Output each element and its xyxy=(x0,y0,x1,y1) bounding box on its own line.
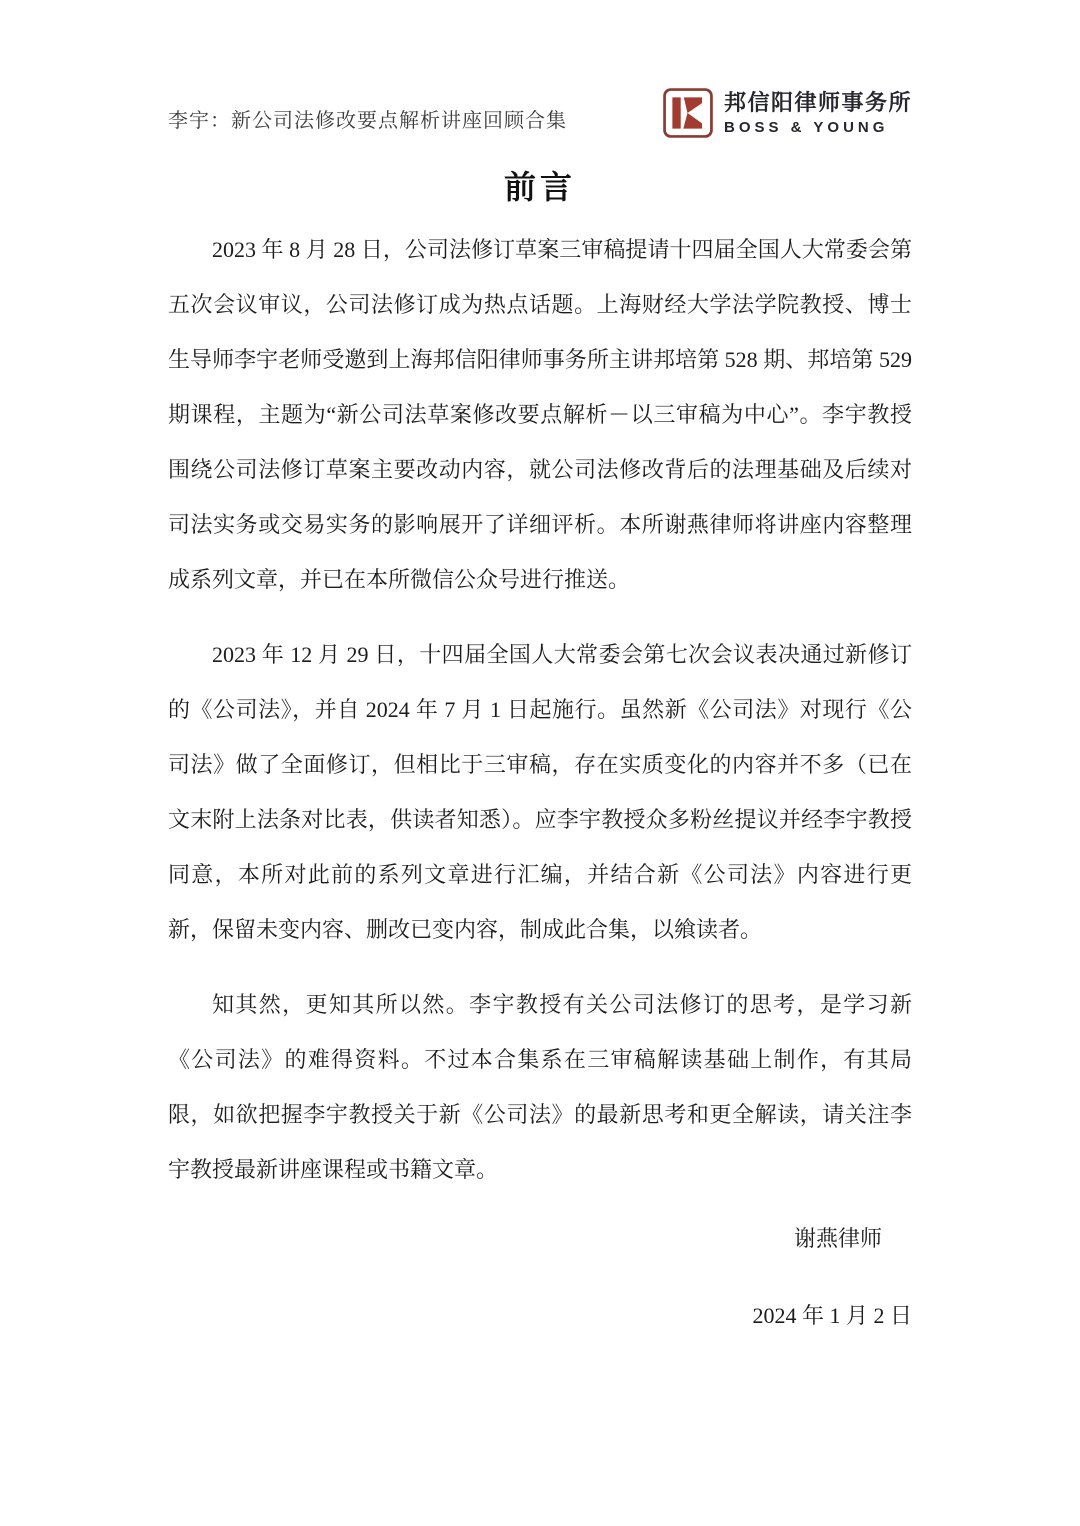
date: 2024 年 1 月 2 日 xyxy=(168,1288,912,1343)
signature: 谢燕律师 xyxy=(168,1211,912,1266)
document-header: 李宇：新公司法修改要点解析讲座回顾合集 邦信阳律师事务所 BOSS & YOUN… xyxy=(168,88,912,138)
page: 李宇：新公司法修改要点解析讲座回顾合集 邦信阳律师事务所 BOSS & YOUN… xyxy=(0,0,1080,1526)
bossyoung-logo-icon xyxy=(663,88,713,138)
doc-title: 李宇：新公司法修改要点解析讲座回顾合集 xyxy=(168,104,567,133)
firm-name-cn: 邦信阳律师事务所 xyxy=(724,88,912,118)
firm-logo: 邦信阳律师事务所 BOSS & YOUNG xyxy=(663,88,912,138)
preface-paragraph-3: 知其然，更知其所以然。李宇教授有关公司法修订的思考，是学习新《公司法》的难得资料… xyxy=(168,977,912,1197)
preface-paragraph-2: 2023 年 12 月 29 日，十四届全国人大常委会第七次会议表决通过新修订的… xyxy=(168,627,912,957)
page-title: 前言 xyxy=(168,162,912,208)
firm-name-en: BOSS & YOUNG xyxy=(724,118,912,138)
preface-paragraph-1: 2023 年 8 月 28 日，公司法修订草案三审稿提请十四届全国人大常委会第五… xyxy=(168,222,912,607)
firm-logo-text: 邦信阳律师事务所 BOSS & YOUNG xyxy=(724,88,912,138)
preface-body: 2023 年 8 月 28 日，公司法修订草案三审稿提请十四届全国人大常委会第五… xyxy=(168,222,912,1343)
